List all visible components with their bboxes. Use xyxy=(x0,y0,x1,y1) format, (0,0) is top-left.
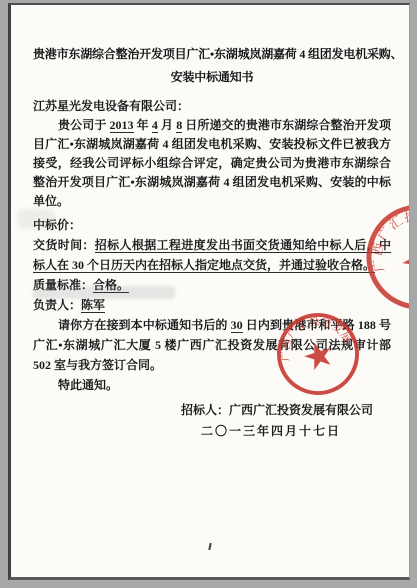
bid-price-line: 中标价： xyxy=(33,215,391,235)
quality-standard-label: 质量标准： xyxy=(33,278,93,292)
recipient-line: 江苏星光发电设备有限公司： xyxy=(33,96,391,116)
responsible-person-value: 陈军 xyxy=(81,298,105,313)
delivery-time-line: 交货时间：招标人根据工程进度发出书面交货通知给中标人后，中标人在 30 个日历天… xyxy=(33,235,391,275)
delivery-time-label: 交货时间： xyxy=(33,238,95,252)
document-title-line1: 贵港市东湖综合整治开发项目广汇•东湖城岚湖嘉荷 4 组团发电机采购、 xyxy=(33,43,391,65)
para1-text: 年 xyxy=(134,118,152,132)
scanned-document-page: { "doc": { "title_line1": "贵港市东湖综合整治开发项目… xyxy=(0,0,417,588)
tenderer-line: 招标人：广西广汇投资发展有限公司 xyxy=(33,400,391,421)
bid-price-label: 中标价： xyxy=(33,218,81,232)
star-icon: ★ xyxy=(390,227,410,291)
closing-line: 特此通知。 xyxy=(33,375,391,395)
paragraph-award: 贵公司于 2013 年 4 月 8 日所递交的贵港市东湖综合整治开发项目广汇•东… xyxy=(33,116,391,211)
document-paper: 贵港市东湖综合整治开发项目广汇•东湖城岚湖嘉荷 4 组团发电机采购、 安装中标通… xyxy=(8,3,410,580)
document-content: 贵港市东湖综合整治开发项目广汇•东湖城岚湖嘉荷 4 组团发电机采购、 安装中标通… xyxy=(33,43,391,442)
tenderer-label: 招标人： xyxy=(181,403,229,417)
signature-block: 招标人：广西广汇投资发展有限公司 二〇一三年四月十七日 xyxy=(33,400,391,442)
responsible-person-line: 负责人：陈军 xyxy=(33,295,391,315)
responsible-person-label: 负责人： xyxy=(33,298,81,312)
signing-deadline-days: 30 xyxy=(231,318,243,333)
para1-text: 月 xyxy=(158,118,176,132)
quality-standard-line: 质量标准：合格。 xyxy=(33,275,391,295)
submission-year: 2013 xyxy=(110,118,134,133)
contract-clauses: 中标价： 交货时间：招标人根据工程进度发出书面交货通知给中标人后，中标人在 30… xyxy=(33,215,391,315)
scan-speck xyxy=(208,543,211,550)
paragraph-contract-signing: 请你方在接到本中标通知书后的 30 日内到贵港市和平路 188 号广汇•东湖城广… xyxy=(33,315,391,375)
tenderer-name: 广西广汇投资发展有限公司 xyxy=(229,403,373,417)
date-line: 二〇一三年四月十七日 xyxy=(33,421,391,442)
para2-text: 请你方在接到本中标通知书后的 xyxy=(58,318,231,332)
quality-standard-value: 合格。 xyxy=(93,278,129,293)
document-title-line2: 安装中标通知书 xyxy=(33,65,391,89)
para1-text: 贵公司于 xyxy=(58,118,110,132)
